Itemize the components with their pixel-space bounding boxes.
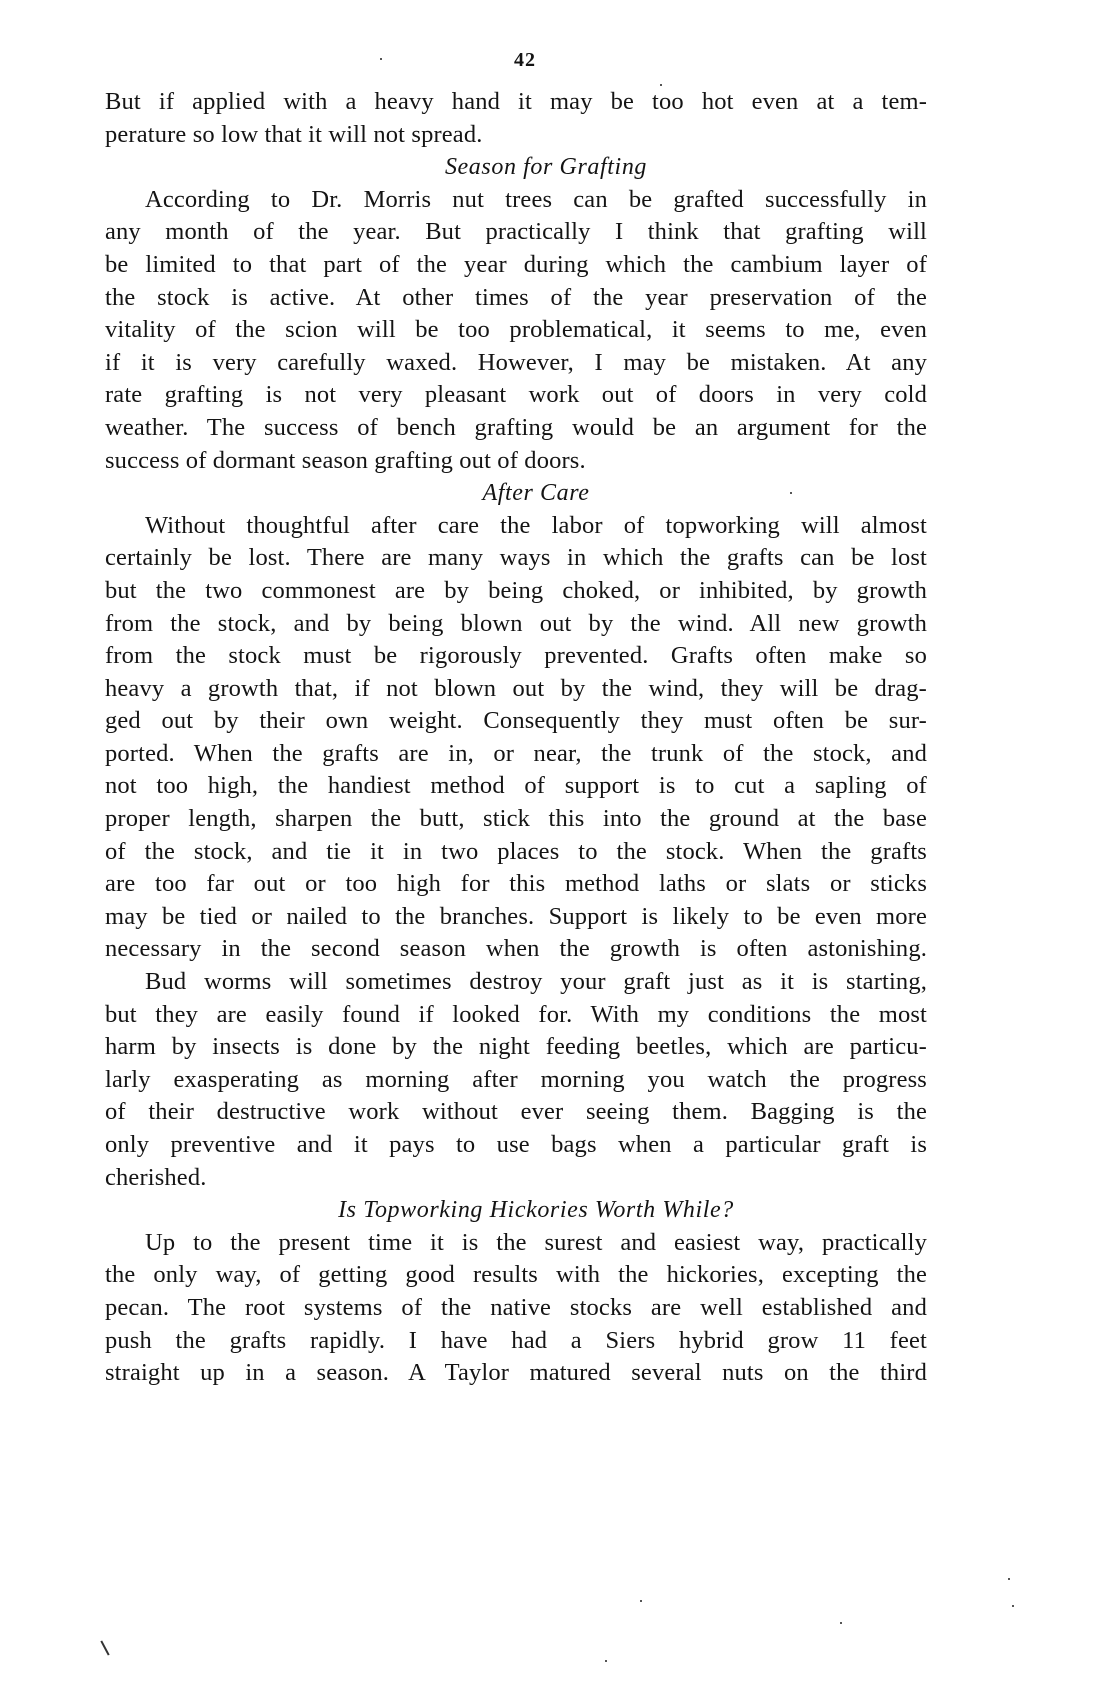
paragraph-bud-worms: Bud worms will sometimes destroy your gr…	[105, 966, 927, 1194]
text-line: certainly be lost. There are many ways i…	[105, 542, 927, 575]
text-line: larly exasperating as morning after morn…	[105, 1064, 927, 1097]
paragraph-after-care: Without thoughtful after care the labor …	[105, 510, 927, 966]
paragraph-continuation: But if applied with a heavy hand it may …	[105, 86, 927, 151]
scan-speck	[660, 84, 662, 86]
scan-speck	[640, 1600, 642, 1602]
text-line: vitality of the scion will be too proble…	[105, 314, 927, 347]
text-line: any month of the year. But practically I…	[105, 216, 927, 249]
text-line: the stock is active. At other times of t…	[105, 282, 927, 315]
section-heading-season-for-grafting: Season for Grafting	[105, 151, 927, 184]
text-line: ported. When the grafts are in, or near,…	[105, 738, 927, 771]
scan-speck	[1008, 1578, 1010, 1580]
text-line: perature so low that it will not spread.	[105, 119, 927, 152]
text-line: heavy a growth that, if not blown out by…	[105, 673, 927, 706]
text-line: According to Dr. Morris nut trees can be…	[105, 184, 927, 217]
text-line: straight up in a season. A Taylor mature…	[105, 1357, 927, 1390]
text-line: weather. The success of bench grafting w…	[105, 412, 927, 445]
paragraph-topworking-hickories: Up to the present time it is the surest …	[105, 1227, 927, 1390]
text-line: of their destructive work without ever s…	[105, 1096, 927, 1129]
text-line: not too high, the handiest method of sup…	[105, 770, 927, 803]
section-heading-is-topworking-worth-while: Is Topworking Hickories Worth While?	[105, 1194, 927, 1227]
text-line: from the stock must be rigorously preven…	[105, 640, 927, 673]
text-line: from the stock, and by being blown out b…	[105, 608, 927, 641]
document-page: 42 But if applied with a heavy hand it m…	[105, 40, 927, 1390]
text-line: only preventive and it pays to use bags …	[105, 1129, 927, 1162]
text-line: Without thoughtful after care the labor …	[105, 510, 927, 543]
paragraph-season-for-grafting: According to Dr. Morris nut trees can be…	[105, 184, 927, 477]
text-line: but they are easily found if looked for.…	[105, 999, 927, 1032]
text-line: success of dormant season grafting out o…	[105, 445, 927, 478]
text-line: necessary in the second season when the …	[105, 933, 927, 966]
scan-speck	[840, 1622, 842, 1624]
text-line: pecan. The root systems of the native st…	[105, 1292, 927, 1325]
text-line: ged out by their own weight. Consequentl…	[105, 705, 927, 738]
scan-speck	[790, 492, 792, 494]
text-line: if it is very carefully waxed. However, …	[105, 347, 927, 380]
scan-speck	[605, 1660, 607, 1662]
text-line: Up to the present time it is the surest …	[105, 1227, 927, 1260]
text-line: But if applied with a heavy hand it may …	[105, 86, 927, 119]
text-line: the only way, of getting good results wi…	[105, 1259, 927, 1292]
text-line: may be tied or nailed to the branches. S…	[105, 901, 927, 934]
text-line: rate grafting is not very pleasant work …	[105, 379, 927, 412]
text-line: be limited to that part of the year duri…	[105, 249, 927, 282]
section-heading-after-care: After Care	[105, 477, 927, 510]
text-line: harm by insects is done by the night fee…	[105, 1031, 927, 1064]
page-number: 42	[105, 40, 927, 86]
text-line: push the grafts rapidly. I have had a Si…	[105, 1325, 927, 1358]
text-line: Bud worms will sometimes destroy your gr…	[105, 966, 927, 999]
text-line: are too far out or too high for this met…	[105, 868, 927, 901]
text-line: but the two commonest are by being choke…	[105, 575, 927, 608]
text-line: proper length, sharpen the butt, stick t…	[105, 803, 927, 836]
text-line: of the stock, and tie it in two places t…	[105, 836, 927, 869]
text-line: cherished.	[105, 1162, 927, 1195]
scan-mark	[100, 1640, 109, 1655]
scan-speck	[1012, 1605, 1014, 1607]
scan-speck	[380, 58, 382, 60]
